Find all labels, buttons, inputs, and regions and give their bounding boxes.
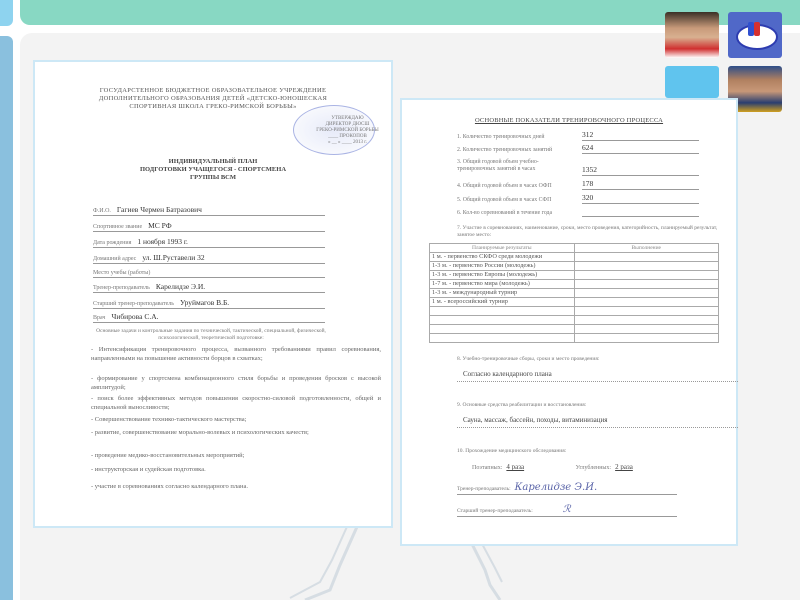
indicator-value: 1352 [582,165,699,176]
section-9-label: 9. Основные средства реабилитации и восс… [457,402,586,408]
wrestler-silhouette-icon [210,520,370,600]
indicator-label: 2. Количество тренировочных занятий [457,147,552,154]
plan-title: ИНДИВИДУАЛЬНЫЙ ПЛАН ПОДГОТОВКИ УЧАЩЕГОСЯ… [35,158,391,182]
planned-result-cell: 1-7 м. - первенство мира (молодежь) [430,280,575,289]
planned-result-cell [430,316,575,325]
task-item: - формирование у спортсмена комбинационн… [91,374,381,392]
field-doctor: ВрачЧибирова С.А. [93,312,325,323]
planned-result-cell [430,307,575,316]
indicator-value [582,206,699,217]
approval-stamp-text: УТВЕРЖДАЮ ДИРЕКТОР ДЮСШ ГРЕКО-РИМСКОЙ БО… [305,116,390,146]
indicator-label: 4. Общий годовой объем в часах ОФП [457,183,552,190]
field-study-place: Место учебы (работы) [93,267,325,278]
indicator-value: 178 [582,179,699,190]
table-row [430,316,719,325]
planned-result-cell [430,334,575,343]
section-8-value: Согласно календарного плана [457,370,738,382]
table-row [430,325,719,334]
column-header: Выполнение [574,244,719,253]
field-coach: Тренер-преподавательКарелидзе Э.И. [93,282,325,293]
table-row: 1-3 м. - международный турнир [430,289,719,298]
indicators-title: ОСНОВНЫЕ ПОКАЗАТЕЛИ ТРЕНИРОВОЧНОГО ПРОЦЕ… [402,117,736,124]
completion-cell [574,316,719,325]
training-indicators-page: ОСНОВНЫЕ ПОКАЗАТЕЛИ ТРЕНИРОВОЧНОГО ПРОЦЕ… [400,98,738,546]
table-row [430,307,719,316]
field-fio: Ф.И.О.Гагиев Чермен Батразович [93,205,325,216]
senior-coach-signature-line: Старший тренер-преподаватель:ℛ [457,504,677,517]
medical-exam-row: Поэтапных:4 раза Углубленных:2 раза [472,463,732,471]
planned-result-cell: 1 м. - первенство СКФО среди молодежи [430,253,575,262]
table-row: 1-3 м. - первенство России (молодежь) [430,262,719,271]
planned-result-cell: 1-3 м. - международный турнир [430,289,575,298]
task-item: - Совершенствование технико-тактического… [91,415,381,424]
table-row [430,334,719,343]
field-birth-date: Дата рождения1 ноября 1993 г. [93,237,325,248]
planned-result-cell: 1-3 м. - первенство России (молодежь) [430,262,575,271]
institution-header-line: ГОСУДАРСТЕННОЕ БЮДЖЕТНОЕ ОБРАЗОВАТЕЛЬНОЕ… [35,87,391,95]
planned-result-cell: 1 м. - всероссийский турнир [430,298,575,307]
athlete-photo-1 [665,12,719,58]
task-item: - проведение медико-восстановительных ме… [91,451,381,460]
indicator-label: 5. Общий годовой объем в часах СФП [457,197,551,204]
completion-cell [574,280,719,289]
wrestling-logo-icon [728,12,782,58]
completion-cell [574,289,719,298]
left-decorative-tab [0,0,13,26]
indicator-value: 624 [582,143,699,154]
section-7-label: 7. Участие в соревнованиях, наименование… [457,225,727,239]
completion-cell [574,271,719,280]
section-9-value: Сауна, массаж, бассейн, походы, витамини… [457,416,738,428]
wrestler-silhouette-icon [450,540,570,600]
handwritten-signature: Карелидзе Э.И. [515,482,597,493]
planned-results-table: Планируемые результаты Выполнение 1 м. -… [429,243,719,343]
completion-cell [574,253,719,262]
table-row: 1 м. - первенство СКФО среди молодежи [430,253,719,262]
handwritten-signature: ℛ [563,504,571,515]
completion-cell [574,307,719,316]
task-item: - Интенсификация тренировочного процесса… [91,345,381,363]
blank-tile [665,66,719,98]
completion-cell [574,298,719,307]
coach-signature-line: Тренер-преподаватель:Карелидзе Э.И. [457,482,677,495]
institution-header-line: ДОПОЛНИТЕЛЬНОГО ОБРАЗОВАНИЯ ДЕТЕЙ «ДЕТСК… [35,95,391,103]
task-item: - инструкторская и судейская подготовка. [91,465,381,474]
left-decorative-band [0,36,13,600]
task-item: - поиск более эффективных методов повыше… [91,394,381,412]
column-header: Планируемые результаты [430,244,575,253]
indicator-value: 312 [582,130,699,141]
indicator-label: 6. Кол-во соревнований в течение года [457,210,552,217]
task-item: - развитие, совершенствование морально-в… [91,428,381,437]
tasks-intro: Основные задачи и контрольные задания по… [91,328,331,342]
field-sport-title: Спортивное званиеМС РФ [93,221,325,232]
indicator-label: 3. Общий годовой объем учебно-тренировоч… [457,159,567,173]
completion-cell [574,325,719,334]
task-item: - участие в соревнованиях согласно кален… [91,482,381,491]
table-row: 1-7 м. - первенство мира (молодежь) [430,280,719,289]
field-home-address: Домашний адресул. Ш.Руставели 32 [93,253,325,264]
indicator-label: 1. Количество тренировочных дней [457,134,545,141]
planned-result-cell [430,325,575,334]
table-row: 1 м. - всероссийский турнир [430,298,719,307]
planned-result-cell: 1-3 м. - первенство Европы (молодежь) [430,271,575,280]
table-row: 1-3 м. - первенство Европы (молодежь) [430,271,719,280]
completion-cell [574,334,719,343]
section-8-label: 8. Учебно-тренировочные сборы, сроки и м… [457,356,599,362]
completion-cell [574,262,719,271]
field-senior-coach: Старший тренер-преподавательУруймагов В.… [93,298,325,309]
indicator-value: 320 [582,193,699,204]
section-10-label: 10. Прохождение медицинского обследовани… [457,448,566,454]
individual-plan-page: ГОСУДАРСТЕННОЕ БЮДЖЕТНОЕ ОБРАЗОВАТЕЛЬНОЕ… [33,60,393,528]
